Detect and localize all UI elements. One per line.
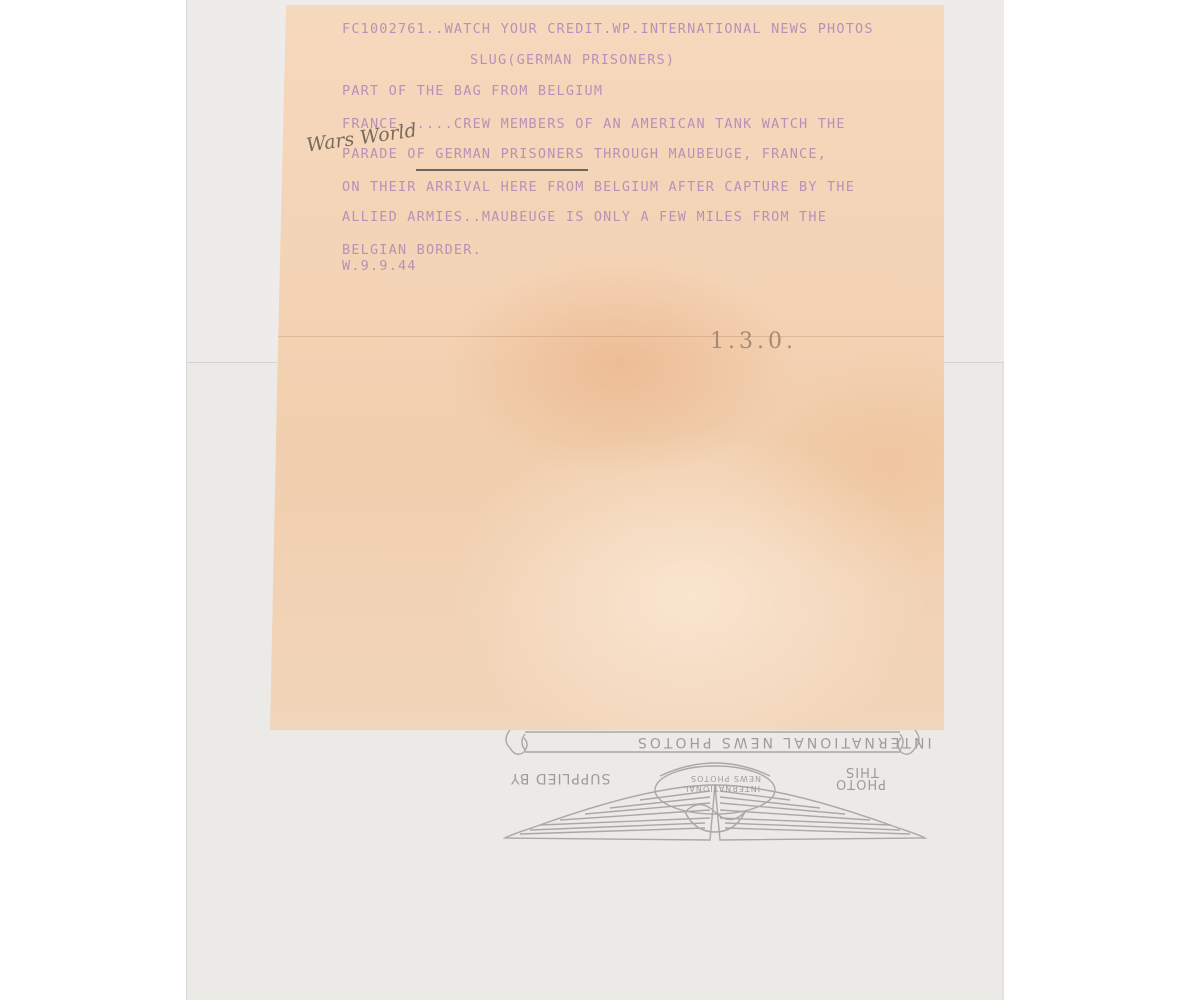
stamp-photo-text: PHOTO (835, 776, 886, 791)
caption-date-code: W.9.9.44 (342, 258, 417, 274)
stamp-emblem-line-2: NEWS PHOTOS (690, 774, 761, 783)
caption-body-line: BELGIAN BORDER. (342, 242, 482, 258)
agency-stamp: INTERNATIONAL NEWS PHOTOS SUPPLIED BY TH… (500, 730, 930, 845)
caption-body-line: ALLIED ARMIES..MAUBEUGE IS ONLY A FEW MI… (342, 209, 827, 225)
caption-body-line: PARADE OF GERMAN PRISONERS THROUGH MAUBE… (342, 146, 827, 162)
caption-slug-line: SLUG(GERMAN PRISONERS) (470, 52, 675, 68)
pencil-number: 1.3.0. (710, 329, 797, 354)
stamp-supplied-by-text: SUPPLIED BY (510, 770, 610, 786)
caption-title-line: PART OF THE BAG FROM BELGIUM (342, 83, 603, 99)
stamp-banner-text: INTERNATIONAL NEWS PHOTOS (635, 734, 932, 750)
caption-body-line: FRANCE......CREW MEMBERS OF AN AMERICAN … (342, 116, 846, 132)
pencil-underline (416, 169, 588, 171)
stamp-emblem-line-1: INTERNATIONAL (683, 784, 760, 793)
caption-header-line: FC1002761..WATCH YOUR CREDIT.WP.INTERNAT… (342, 21, 874, 37)
fold-line (278, 336, 944, 337)
caption-body-line: ON THEIR ARRIVAL HERE FROM BELGIUM AFTER… (342, 179, 855, 195)
caption-slip: FC1002761..WATCH YOUR CREDIT.WP.INTERNAT… (270, 5, 944, 730)
